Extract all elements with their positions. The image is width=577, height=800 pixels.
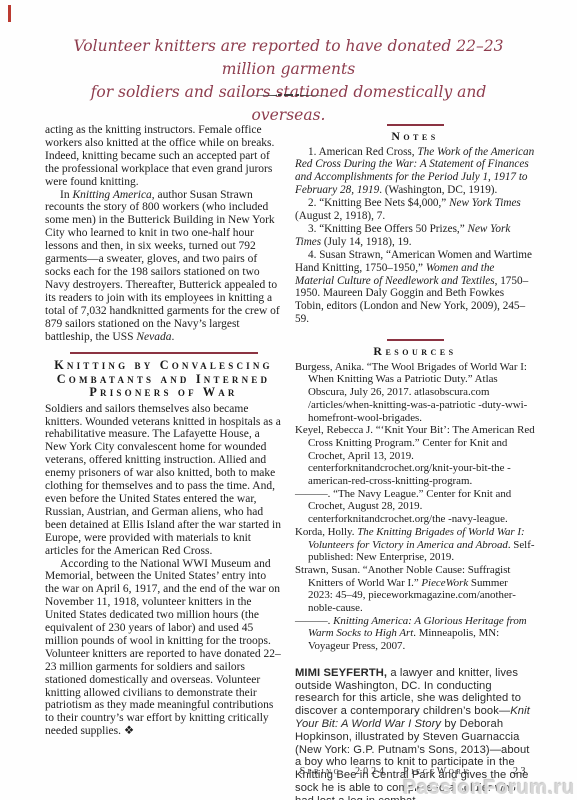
section-heading-line-2: Combatants and Interned <box>45 373 282 386</box>
divider-dot <box>278 94 281 96</box>
watermark: PassionForum.ru <box>403 777 575 800</box>
footer-magazine-name: PieceWork <box>403 766 471 777</box>
footer-page-number: 23 <box>513 766 528 777</box>
pull-quote-line-2: for soldiers and sailors stationed domes… <box>55 81 522 127</box>
footer-season: Spring <box>300 766 342 777</box>
body-paragraph: acting as the knitting instructors. Fema… <box>45 124 282 189</box>
footer-year: 2024 <box>355 766 387 777</box>
resource-item: ———. “The Navy League.” Center for Knit … <box>295 488 535 526</box>
left-column: acting as the knitting instructors. Fema… <box>45 124 282 738</box>
right-column: Notes 1. American Red Cross, The Work of… <box>295 124 535 800</box>
resources-heading: Resources <box>295 339 535 358</box>
divider-dot <box>296 94 299 96</box>
red-corner-mark <box>8 5 11 22</box>
section-heading: Knitting by Convalescing Combatants and … <box>45 352 282 399</box>
pull-quote: Volunteer knitters are reported to have … <box>55 35 522 127</box>
page-footer: Spring 2024 PieceWork 23 <box>300 766 528 777</box>
resource-item: Strawn, Susan. “Another Noble Cause: Suf… <box>295 564 535 615</box>
body-paragraph: In Knitting America, author Susan Strawn… <box>45 189 282 344</box>
body-paragraph: According to the National WWI Museum and… <box>45 558 282 739</box>
section-heading-line-1: Knitting by Convalescing <box>45 359 282 372</box>
section-heading-rule <box>70 352 258 354</box>
resources-heading-label: Resources <box>295 344 535 358</box>
note-item: 4. Susan Strawn, “American Women and War… <box>295 249 535 326</box>
notes-heading-label: Notes <box>295 129 535 143</box>
note-item: 1. American Red Cross, The Work of the A… <box>295 146 535 198</box>
resource-item: Korda, Holly. The Knitting Brigades of W… <box>295 526 535 564</box>
divider-line-right <box>300 95 338 96</box>
magazine-page: Volunteer knitters are reported to have … <box>0 0 577 800</box>
resource-item: Keyel, Rebecca J. “‘Knit Your Bit’: The … <box>295 424 535 488</box>
notes-heading-rule <box>387 124 444 126</box>
resource-item: ———. Knitting America: A Glorious Herita… <box>295 615 535 653</box>
resources-heading-rule <box>387 339 444 341</box>
notes-heading: Notes <box>295 124 535 143</box>
divider-bar <box>284 94 293 96</box>
section-heading-line-3: Prisoners of War <box>45 386 282 399</box>
divider-line-left <box>239 95 277 96</box>
body-paragraph: Soldiers and sailors themselves also bec… <box>45 403 282 558</box>
ornamental-divider <box>0 94 577 96</box>
note-item: 2. “Knitting Bee Nets $4,000,” New York … <box>295 197 535 223</box>
note-item: 3. “Knitting Bee Offers 50 Prizes,” New … <box>295 223 535 249</box>
resource-item: Burgess, Anika. “The Wool Brigades of Wo… <box>295 361 535 425</box>
pull-quote-line-1: Volunteer knitters are reported to have … <box>55 35 522 81</box>
